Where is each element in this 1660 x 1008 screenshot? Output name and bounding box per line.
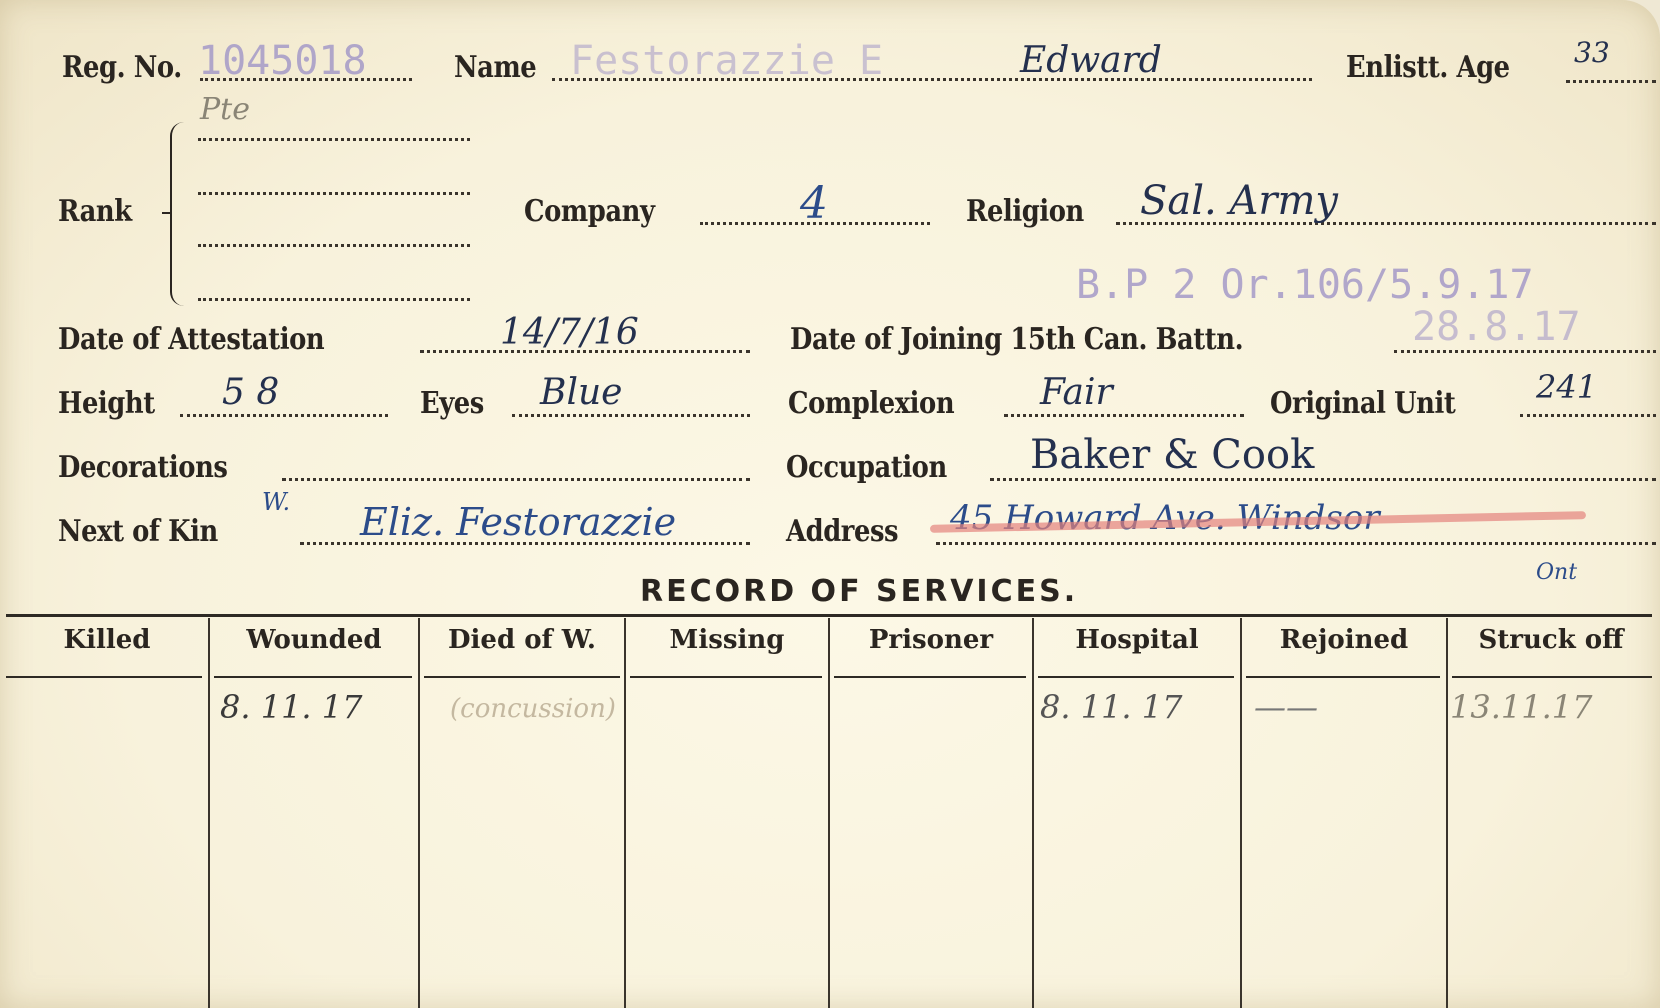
cell-wounded: 8. 11. 17: [220, 688, 362, 726]
attestation-value: 14/7/16: [500, 312, 639, 353]
religion-label: Religion: [966, 194, 1084, 229]
joining-line: [1394, 350, 1656, 353]
address-line: [936, 542, 1656, 545]
rank-line-2: [198, 192, 470, 195]
col-subrule-5: [834, 676, 1026, 678]
complexion-value: Fair: [1040, 372, 1113, 413]
eyes-line: [512, 414, 750, 417]
col-divider-1: [208, 618, 210, 1008]
next-of-kin-label: Next of Kin: [58, 514, 218, 549]
rank-brace-tip: [162, 212, 172, 214]
col-divider-4: [828, 618, 830, 1008]
complexion-line: [1004, 414, 1244, 417]
attestation-label: Date of Attestation: [58, 322, 324, 357]
original-unit-label: Original Unit: [1270, 386, 1455, 421]
joining-value: 28.8.17: [1412, 304, 1581, 350]
complexion-label: Complexion: [788, 386, 954, 421]
col-divider-3: [624, 618, 626, 1008]
rank-line-1: [198, 138, 470, 141]
col-subrule-8: [1452, 676, 1652, 678]
given-name-value: Edward: [1020, 40, 1162, 81]
enlist-age-label: Enlistt. Age: [1346, 50, 1510, 85]
name-label: Name: [454, 50, 536, 85]
col-header-prisoner: Prisoner: [830, 625, 1032, 655]
original-unit-line: [1520, 414, 1656, 417]
company-label: Company: [524, 194, 655, 229]
col-divider-6: [1240, 618, 1242, 1008]
col-subrule-1: [6, 676, 202, 678]
service-record-card: Reg. No. 1045018 Name Festorazzie E Edwa…: [0, 0, 1660, 1008]
col-header-rejoined: Rejoined: [1242, 625, 1446, 655]
occupation-line: [990, 478, 1656, 481]
rank-pencil-note: Pte: [200, 92, 250, 127]
reg-no-label: Reg. No.: [62, 50, 182, 85]
rank-brace: [170, 122, 188, 306]
surname-stamp: Festorazzie E: [570, 38, 883, 84]
cell-hospital: 8. 11. 17: [1040, 688, 1182, 726]
col-header-hospital: Hospital: [1034, 625, 1240, 655]
col-subrule-4: [630, 676, 822, 678]
col-subrule-3: [424, 676, 620, 678]
cell-rejoined: ——: [1254, 688, 1318, 726]
decorations-label: Decorations: [58, 450, 228, 485]
eyes-value: Blue: [540, 372, 622, 413]
col-header-missing: Missing: [626, 625, 828, 655]
bp-stamp: B.P 2 Or.106/5.9.17: [1076, 262, 1534, 308]
record-title: RECORD OF SERVICES.: [640, 574, 1078, 609]
height-label: Height: [58, 386, 155, 421]
eyes-label: Eyes: [420, 386, 484, 421]
col-subrule-2: [214, 676, 412, 678]
rank-label: Rank: [58, 194, 132, 229]
table-top-rule: [6, 614, 1652, 617]
col-header-struck-off: Struck off: [1448, 625, 1654, 655]
col-header-died-of-wounds: Died of W.: [420, 625, 624, 655]
enlist-age-value: 33: [1574, 36, 1610, 69]
cell-struck-off: 13.11.17: [1450, 688, 1593, 726]
occupation-value: Baker & Cook: [1030, 432, 1314, 478]
col-header-wounded: Wounded: [210, 625, 418, 655]
company-value: 4: [800, 178, 828, 229]
col-divider-7: [1446, 618, 1448, 1008]
address-line2: Ont: [1536, 560, 1577, 585]
next-of-kin-value: Eliz. Festorazzie: [360, 500, 676, 544]
col-subrule-7: [1246, 676, 1440, 678]
decorations-line: [282, 478, 750, 481]
cell-died-of-wounds: (concussion): [450, 694, 616, 724]
next-of-kin-prefix: W.: [262, 488, 290, 516]
col-header-killed: Killed: [6, 625, 208, 655]
col-divider-5: [1032, 618, 1034, 1008]
religion-value: Sal. Army: [1140, 178, 1338, 224]
rank-line-4: [198, 298, 470, 301]
height-value: 5 8: [222, 372, 279, 413]
height-line: [180, 414, 388, 417]
rank-line-3: [198, 244, 470, 247]
col-divider-2: [418, 618, 420, 1008]
original-unit-value: 241: [1536, 368, 1597, 406]
joining-label: Date of Joining 15th Can. Battn.: [790, 322, 1243, 357]
col-subrule-6: [1038, 676, 1234, 678]
address-label: Address: [786, 514, 898, 549]
enlist-age-line: [1566, 80, 1656, 83]
occupation-label: Occupation: [786, 450, 947, 485]
reg-no-value: 1045018: [198, 38, 367, 84]
